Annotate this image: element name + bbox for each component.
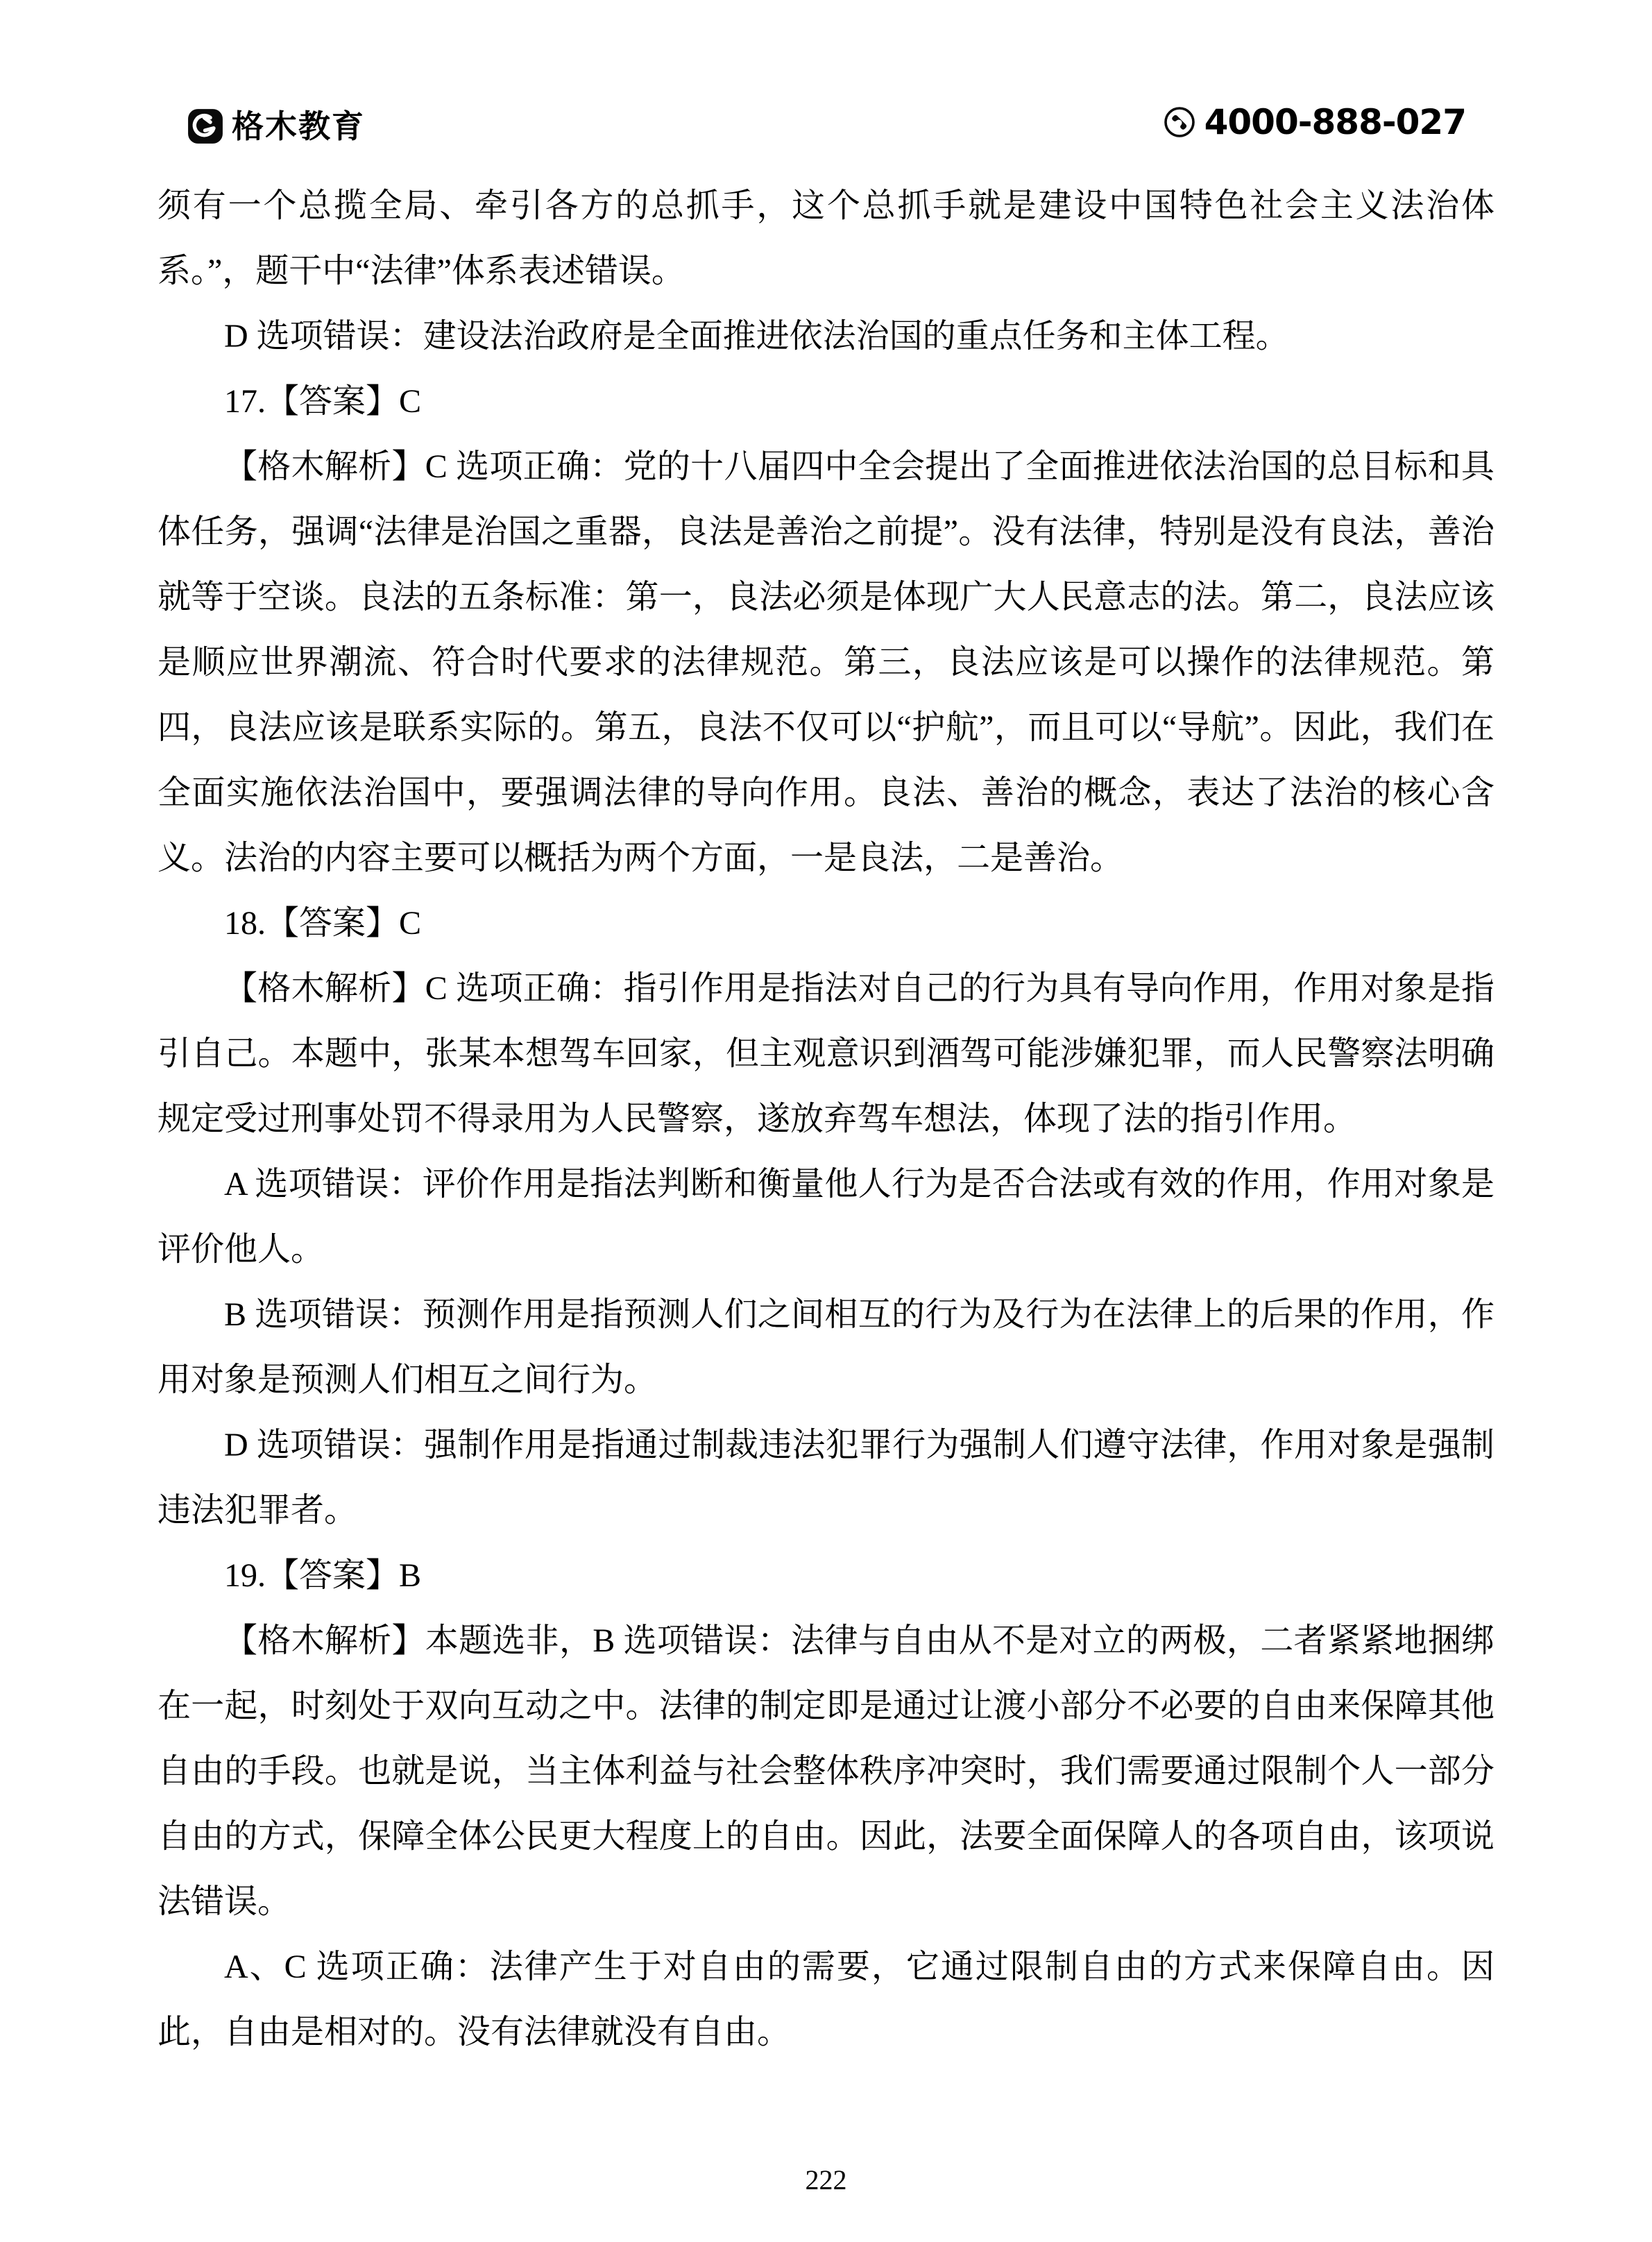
paragraph: 19.【答案】B	[157, 1543, 1495, 1608]
document-body: 须有一个总揽全局、牵引各方的总抓手，这个总抓手就是建设中国特色社会主义法治体系。…	[157, 173, 1495, 2065]
paragraph: D 选项错误：强制作用是指通过制裁违法犯罪行为强制人们遵守法律，作用对象是强制违…	[157, 1413, 1495, 1543]
contact-phone: 4000-888-027	[1163, 105, 1466, 139]
phone-number: 4000-888-027	[1204, 105, 1466, 139]
paragraph: A 选项错误：评价作用是指法判断和衡量他人行为是否合法或有效的作用，作用对象是评…	[157, 1152, 1495, 1282]
paragraph: 17.【答案】C	[157, 369, 1495, 434]
paragraph: A、C 选项正确：法律产生于对自由的需要，它通过限制自由的方式来保障自由。因此，…	[157, 1935, 1495, 2065]
page-header: 格木教育 4000-888-027	[0, 0, 1652, 167]
paragraph: 【格木解析】C 选项正确：指引作用是指法对自己的行为具有导向作用，作用对象是指引…	[157, 956, 1495, 1152]
paragraph: 【格木解析】C 选项正确：党的十八届四中全会提出了全面推进依法治国的总目标和具体…	[157, 434, 1495, 891]
logo: 格木教育	[187, 108, 365, 144]
paragraph: 须有一个总揽全局、牵引各方的总抓手，这个总抓手就是建设中国特色社会主义法治体系。…	[157, 173, 1495, 304]
gemu-logo-icon	[187, 108, 223, 144]
paragraph: B 选项错误：预测作用是指预测人们之间相互的行为及行为在法律上的后果的作用，作用…	[157, 1282, 1495, 1413]
phone-icon	[1163, 105, 1196, 139]
logo-text: 格木教育	[232, 108, 365, 144]
document-page: 格木教育 4000-888-027 须有一个总揽全局、牵引各方的总抓手，这个总抓…	[0, 0, 1652, 2242]
paragraph: D 选项错误：建设法治政府是全面推进依法治国的重点任务和主体工程。	[157, 304, 1495, 369]
paragraph: 18.【答案】C	[157, 891, 1495, 956]
page-number: 222	[806, 2164, 847, 2196]
paragraph: 【格木解析】本题选非，B 选项错误：法律与自由从不是对立的两极，二者紧紧地捆绑在…	[157, 1608, 1495, 1935]
page-footer: 222	[0, 2164, 1652, 2196]
